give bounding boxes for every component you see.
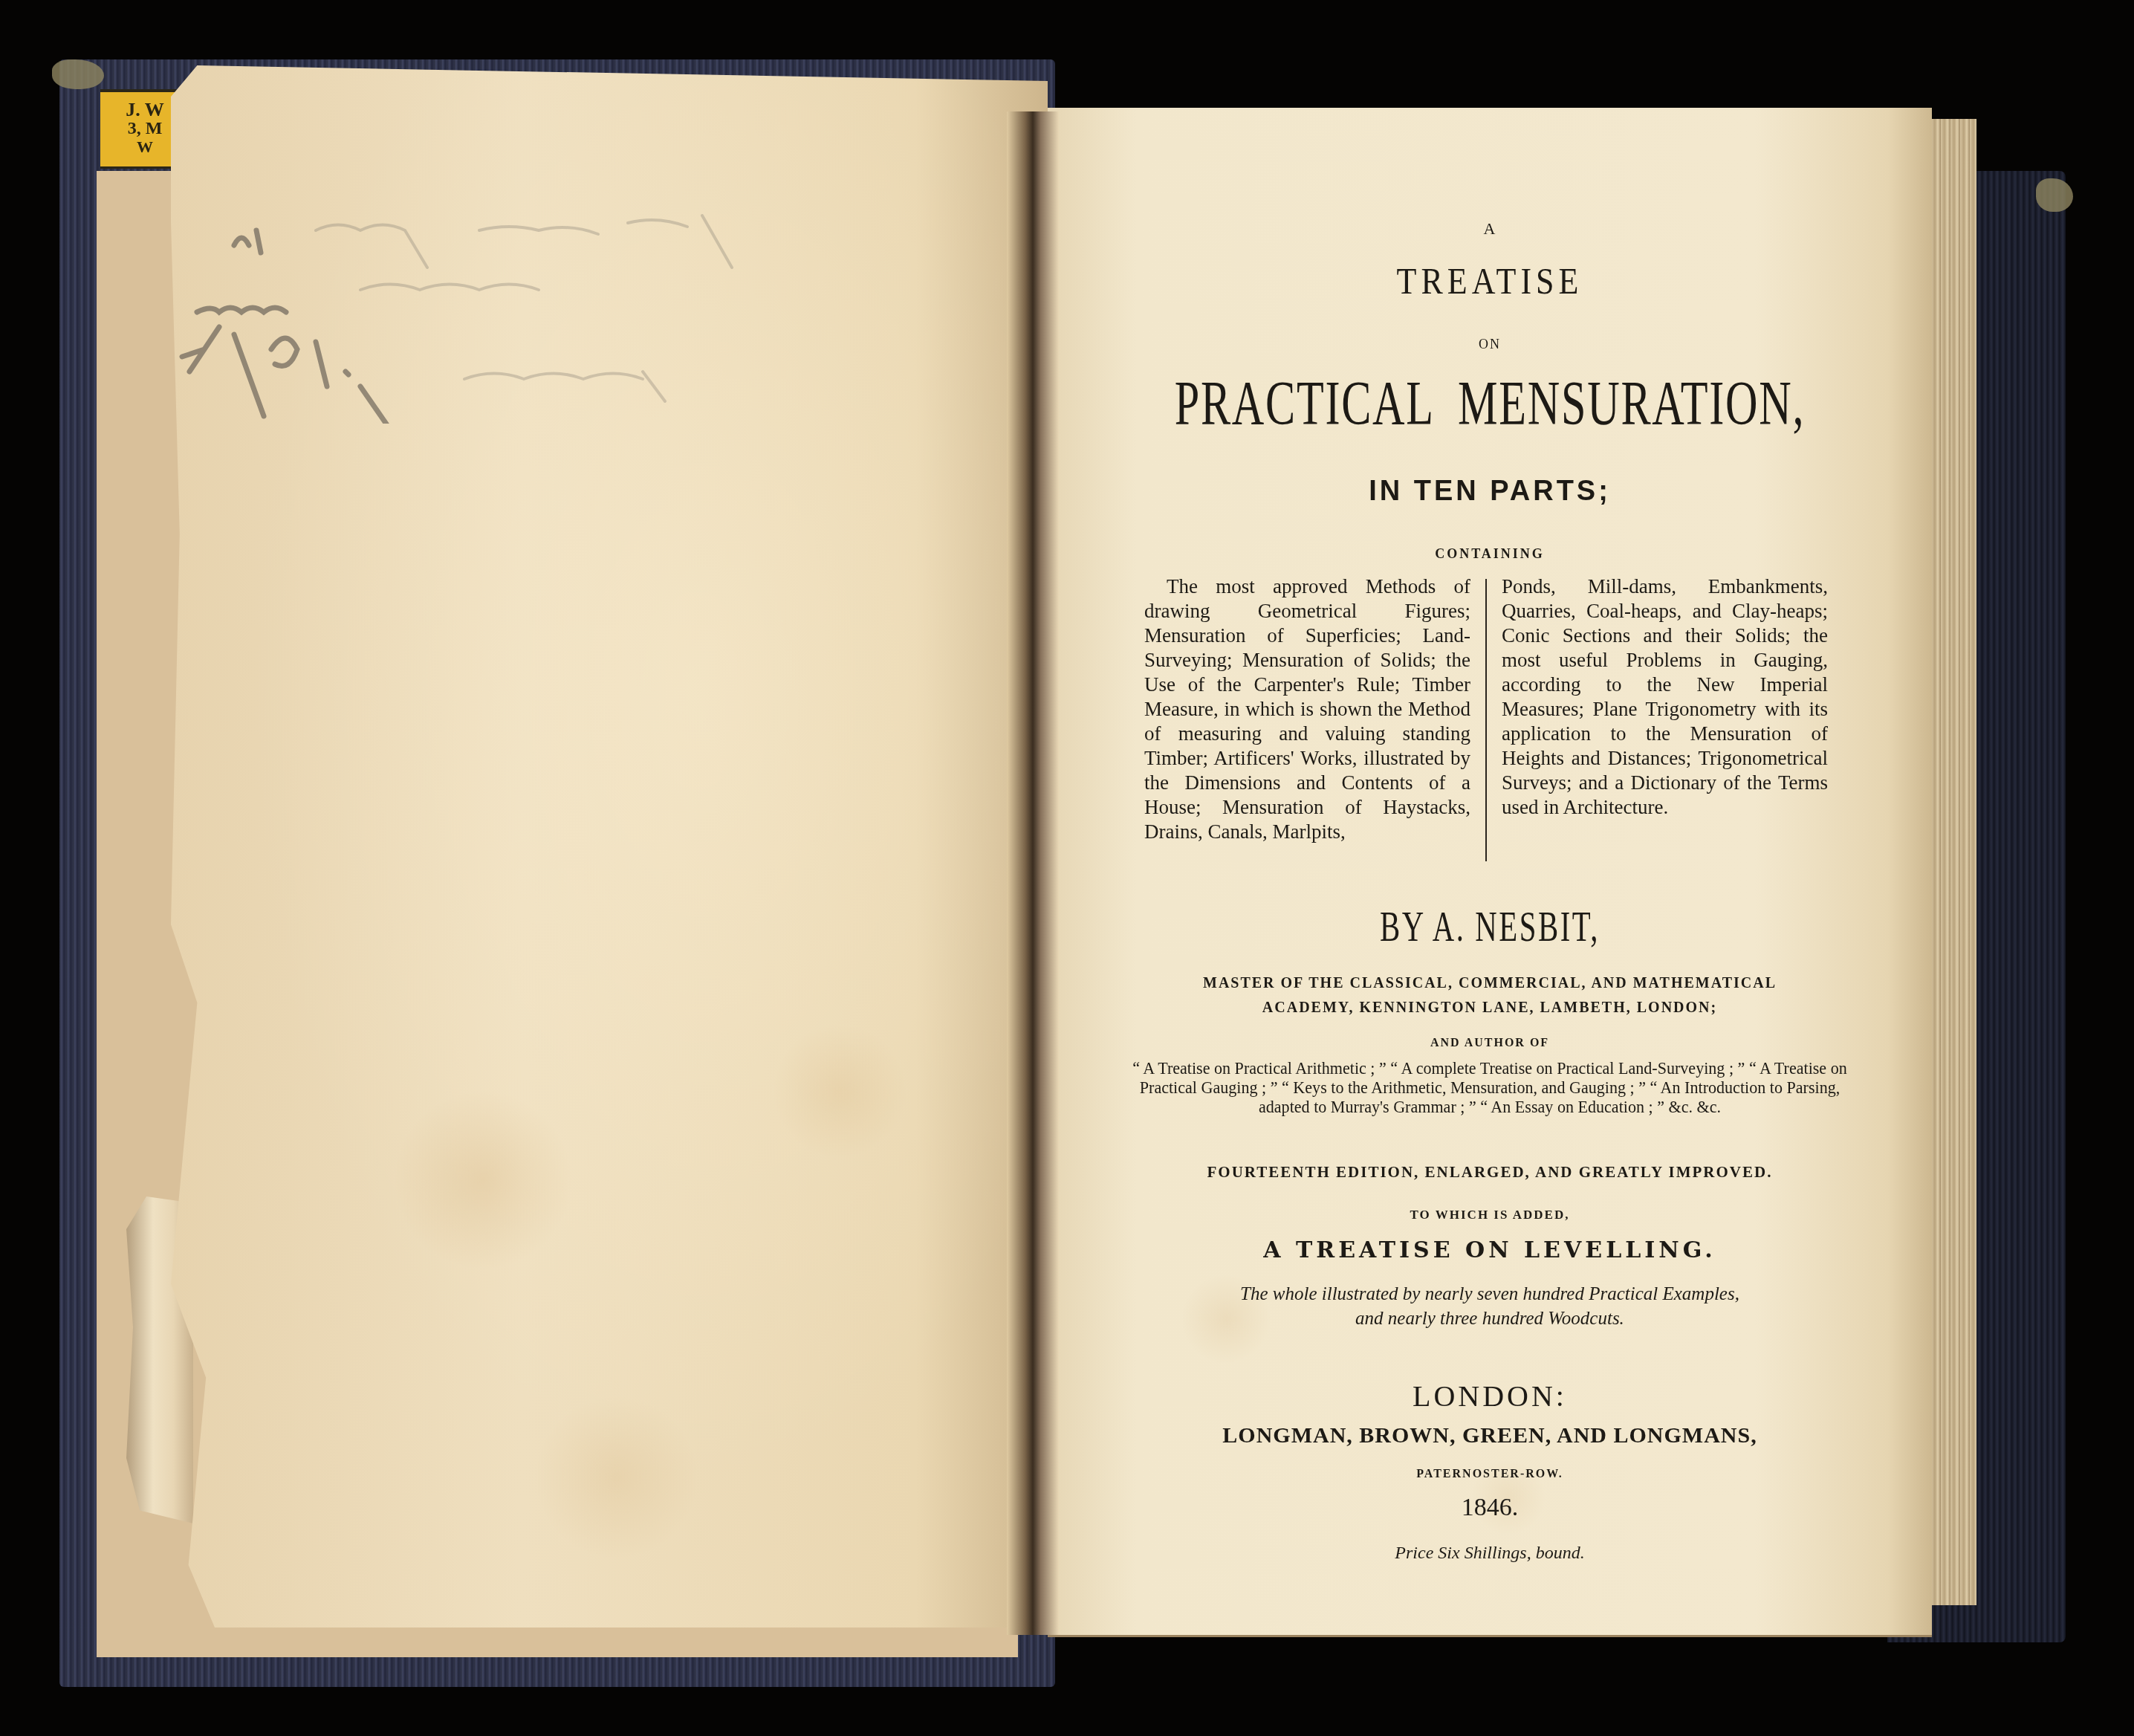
title-article: A xyxy=(1048,219,1932,239)
illustration-line-2: and nearly three hundred Woodcuts. xyxy=(1048,1306,1932,1331)
title-treatise: TREATISE xyxy=(1048,259,1932,303)
book-gutter xyxy=(1007,111,1059,1635)
imprint-publisher: LONGMAN, BROWN, GREEN, AND LONGMANS, xyxy=(1048,1423,1932,1448)
pencil-inscription-icon xyxy=(167,201,836,424)
edition-statement: FOURTEENTH EDITION, ENLARGED, AND GREATL… xyxy=(1048,1163,1932,1182)
other-works-list: “ A Treatise on Practical Arithmetic ; ”… xyxy=(1124,1059,1855,1117)
imprint-city: LONDON: xyxy=(1048,1379,1932,1413)
imprint-street: PATERNOSTER-ROW. xyxy=(1048,1468,1932,1481)
author-title-line-1: MASTER OF THE CLASSICAL, COMMERCIAL, AND… xyxy=(1048,975,1932,992)
contents-columns: The most approved Methods of drawing Geo… xyxy=(1144,574,1828,872)
subtitle-parts: IN TEN PARTS; xyxy=(1048,476,1932,508)
to-which-added: TO WHICH IS ADDED, xyxy=(1048,1208,1932,1222)
frayed-cloth-corner xyxy=(52,59,104,89)
imprint-year: 1846. xyxy=(1048,1494,1932,1522)
column-divider xyxy=(1485,579,1487,861)
illustration-line-1: The whole illustrated by nearly seven hu… xyxy=(1048,1282,1932,1306)
containing-label: CONTAINING xyxy=(1048,546,1932,562)
title-on: ON xyxy=(1048,337,1932,352)
pencil-inscription xyxy=(167,201,836,424)
levelling-title: A TREATISE ON LEVELLING. xyxy=(1048,1237,1932,1263)
illustration-note: The whole illustrated by nearly seven hu… xyxy=(1048,1282,1932,1331)
contents-left-text: The most approved Methods of drawing Geo… xyxy=(1144,574,1470,844)
title-page: A TREATISE ON PRACTICAL MENSURATION, IN … xyxy=(1048,108,1932,1637)
contents-left-column: The most approved Methods of drawing Geo… xyxy=(1144,574,1470,872)
and-author-of: AND AUTHOR OF xyxy=(1048,1037,1932,1050)
price-note: Price Six Shillings, bound. xyxy=(1048,1544,1932,1564)
main-title: PRACTICAL MENSURATION, xyxy=(1109,369,1869,441)
frayed-cloth-corner xyxy=(2036,178,2073,212)
author-title-line-2: ACADEMY, KENNINGTON LANE, LAMBETH, LONDO… xyxy=(1048,1000,1932,1017)
contents-right-text: Ponds, Mill-dams, Embankments, Quarries,… xyxy=(1502,574,1828,820)
author-name: BY A. NESBIT, xyxy=(1114,903,1866,952)
contents-right-column: Ponds, Mill-dams, Embankments, Quarries,… xyxy=(1502,574,1828,872)
